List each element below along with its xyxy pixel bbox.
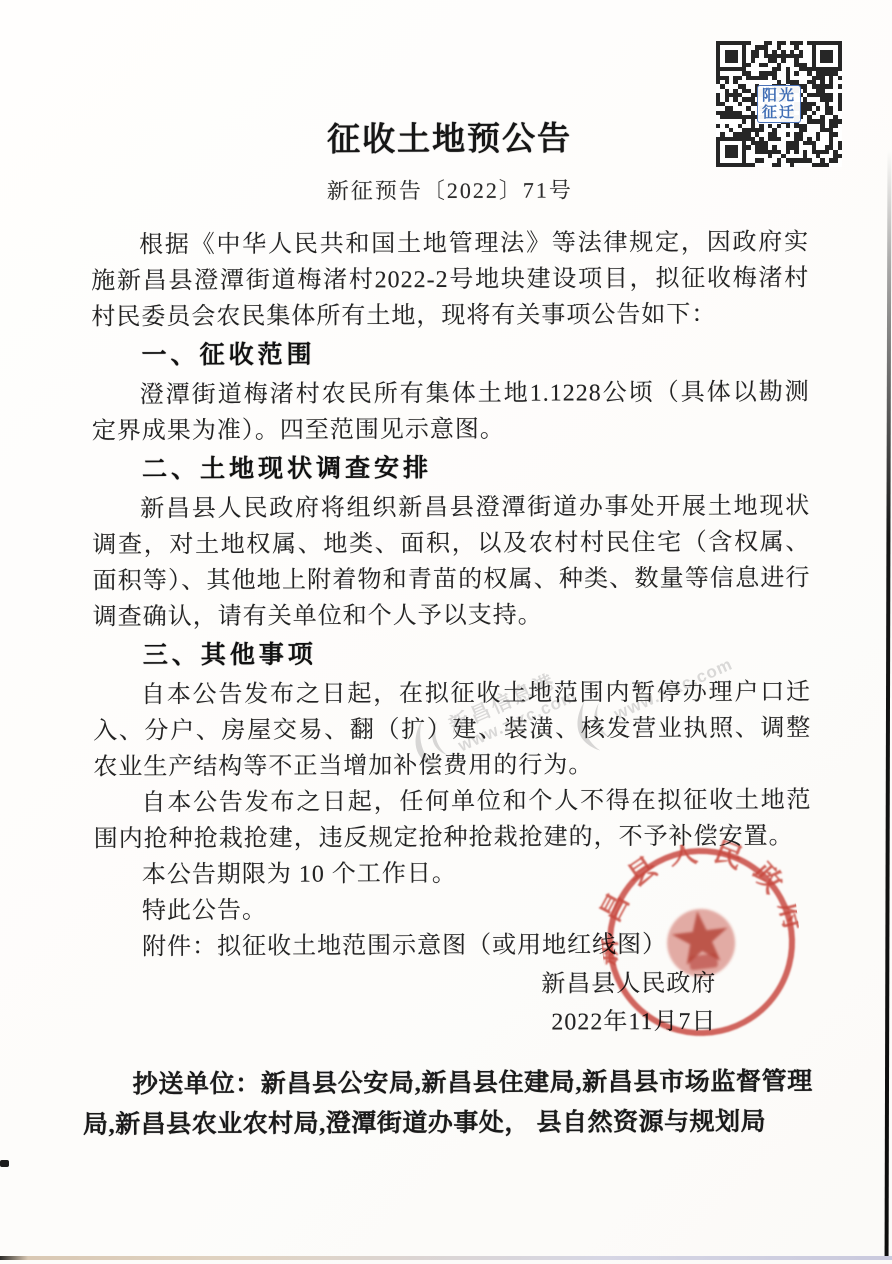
section-3-paragraph-1: 自本公告发布之日起，在拟征收土地范围内暂停办理户口迁入、分户、房屋交易、翻（扩）…	[93, 674, 811, 785]
section-2-heading: 二、土地现状调查安排	[92, 451, 810, 484]
issue-date: 2022年11月7日	[94, 1003, 716, 1044]
section-3-paragraph-2: 自本公告发布之日起，任何单位和个人不得在拟征收土地范围内抢种抢栽抢建，违反规定抢…	[93, 782, 811, 857]
signature-block: 新昌县人民政府 2022年11月7日	[94, 964, 812, 1043]
section-2-paragraph: 新昌县人民政府将组织新昌县澄潭街道办事处开展土地现状调查，对土地权属、地类、面积…	[92, 488, 811, 635]
scan-edge-bottom	[0, 1256, 892, 1260]
attachment-line: 附件：拟征收土地范围示意图（或用地红线图）	[94, 926, 812, 965]
section-1-heading: 一、征收范围	[91, 337, 809, 370]
issuer-name: 新昌县人民政府	[94, 965, 716, 1006]
scan-edge-mark	[0, 1160, 9, 1167]
intro-paragraph: 根据《中华人民共和国土地管理法》等法律规定，因政府实施新昌县澄潭街道梅渚村202…	[91, 224, 809, 335]
section-3-heading: 三、其他事项	[93, 637, 811, 670]
scanned-document-page: 阳光 征迁 新昌信息港 www.zjxc.com www.zjxc.com	[0, 0, 892, 1264]
closing-line: 特此公告。	[94, 890, 812, 929]
document-content: 征收土地预公告 新征预告〔2022〕71号 根据《中华人民共和国土地管理法》等法…	[0, 0, 892, 1171]
document-title: 征收土地预公告	[91, 116, 809, 161]
notice-period-line: 本公告期限为 10 个工作日。	[94, 854, 812, 893]
document-number: 新征预告〔2022〕71号	[91, 174, 809, 207]
cc-units-paragraph: 抄送单位：新昌县公安局,新昌县住建局,新昌县市场监督管理局,新昌县农业农村局,澄…	[83, 1062, 813, 1145]
section-1-paragraph: 澄潭街道梅渚村农民所有集体土地1.1228公顷（具体以勘测定界成果为准）。四至范…	[92, 374, 810, 449]
